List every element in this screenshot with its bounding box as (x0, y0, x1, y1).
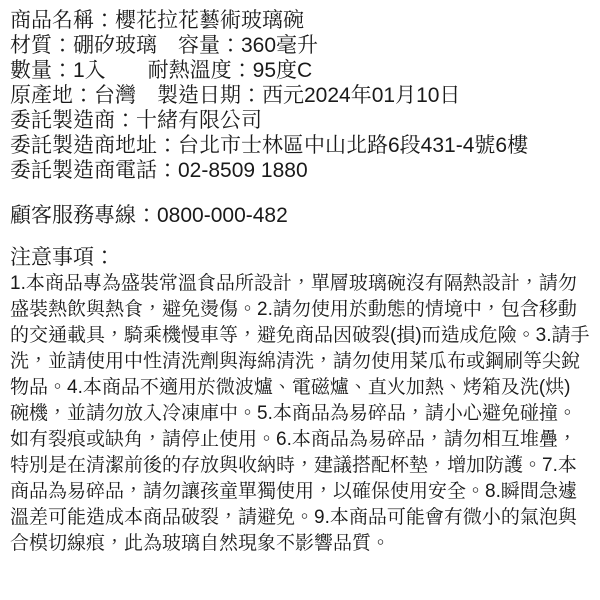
manufacturer-phone-line: 委託製造商電話：02-8509 1880 (10, 158, 590, 183)
product-info-block: 商品名稱：櫻花拉花藝術玻璃碗 材質：硼矽玻璃 容量：360毫升 數量：1入 耐熱… (10, 8, 590, 183)
origin-manufacture-date-line: 原產地：台灣 製造日期：西元2024年01月10日 (10, 83, 590, 108)
product-label-page: 商品名稱：櫻花拉花藝術玻璃碗 材質：硼矽玻璃 容量：360毫升 數量：1入 耐熱… (0, 0, 600, 600)
quantity-heat-resistance-line: 數量：1入 耐熱溫度：95度C (10, 58, 590, 83)
material-capacity-line: 材質：硼矽玻璃 容量：360毫升 (10, 33, 590, 58)
notes-body: 1.本商品專為盛裝常溫食品所設計，單層玻璃碗沒有隔熱設計，請勿 盛裝熱飲與熱食，… (10, 271, 590, 557)
notes-title: 注意事項： (10, 245, 590, 271)
manufacturer-line: 委託製造商：十緒有限公司 (10, 108, 590, 133)
manufacturer-address-line: 委託製造商地址：台北市士林區中山北路6段431-4號6樓 (10, 133, 590, 158)
product-name-line: 商品名稱：櫻花拉花藝術玻璃碗 (10, 8, 590, 33)
customer-service-line: 顧客服務專線：0800-000-482 (10, 203, 590, 228)
notes-section: 注意事項： 1.本商品專為盛裝常溫食品所設計，單層玻璃碗沒有隔熱設計，請勿 盛裝… (10, 245, 590, 557)
